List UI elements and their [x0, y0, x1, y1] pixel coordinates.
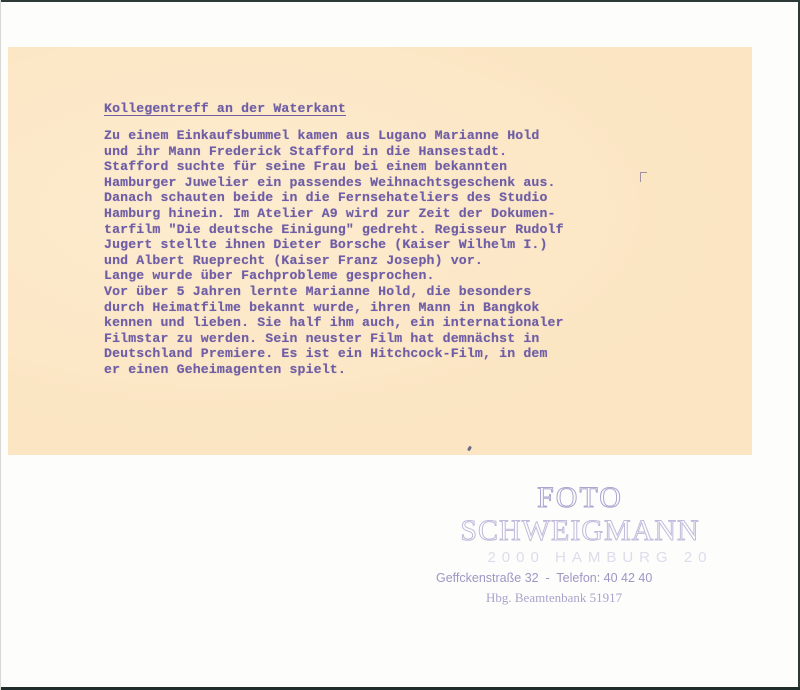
caption-headline: Kollegentreff an der Waterkant: [104, 101, 346, 116]
photo-border-top: [0, 0, 800, 2]
stamp-studio-name: SCHWEIGMANN: [430, 514, 730, 548]
stamp-bank: Hbg. Beamtenbank 51917: [486, 588, 730, 608]
caption-line: kennen und lieben. Sie half ihm auch, ei…: [104, 315, 564, 331]
caption-line: Jugert stellte ihnen Dieter Borsche (Kai…: [104, 237, 564, 253]
caption-line: Stafford suchte für seine Frau bei einem…: [104, 159, 564, 175]
caption-line: Zu einem Einkaufsbummel kamen aus Lugano…: [104, 128, 564, 144]
stamp-foto-label: FOTO: [430, 482, 730, 514]
caption-line: und Albert Rueprecht (Kaiser Franz Josep…: [104, 253, 564, 269]
caption-line: Deutschland Premiere. Es ist ein Hitchco…: [104, 346, 564, 362]
stamp-city: 2000 HAMBURG 20: [470, 548, 730, 568]
caption-line: er einen Geheimagenten spielt.: [104, 362, 564, 378]
caption-line: und ihr Mann Frederick Stafford in die H…: [104, 144, 564, 160]
caption-line: tarfilm "Die deutsche Einigung" gedreht.…: [104, 222, 564, 238]
photographer-stamp: FOTO SCHWEIGMANN 2000 HAMBURG 20 Geffcke…: [430, 482, 730, 608]
caption-line: durch Heimatfilme bekannt wurde, ihren M…: [104, 300, 564, 316]
pencil-mark: [640, 172, 647, 182]
photo-border-left: [0, 0, 1, 690]
caption-line: Vor über 5 Jahren lernte Marianne Hold, …: [104, 284, 564, 300]
caption-line: Hamburger Juwelier ein passendes Weihnac…: [104, 175, 564, 191]
stamp-address: Geffckenstraße 32 - Telefon: 40 42 40: [436, 568, 730, 588]
caption-line: Hamburg hinein. Im Atelier A9 wird zur Z…: [104, 206, 564, 222]
caption-line: Danach schauten beide in die Fernsehatel…: [104, 190, 564, 206]
caption-line: Lange wurde über Fachprobleme gesprochen…: [104, 268, 564, 284]
caption-text-block: Kollegentreff an der Waterkant Zu einem …: [104, 101, 564, 378]
caption-line: Filmstar zu werden. Sein neuster Film ha…: [104, 331, 564, 347]
